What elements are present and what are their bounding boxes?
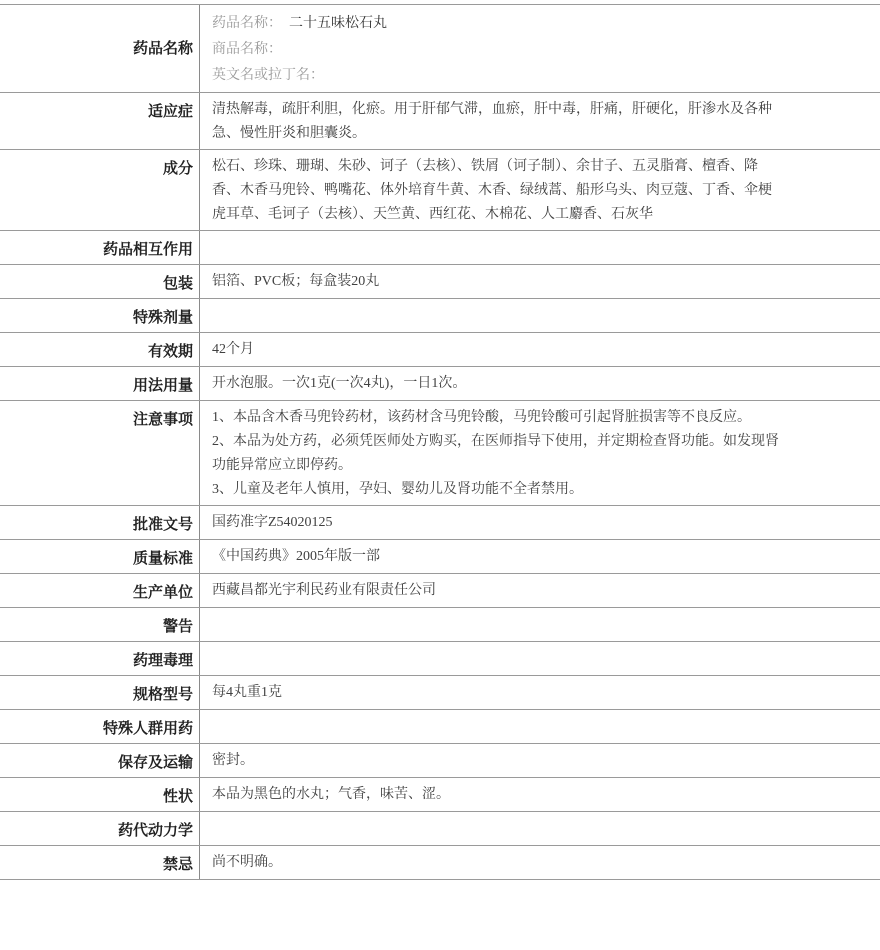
field-key: 英文名或拉丁名： [212,68,324,83]
row-content [200,608,880,641]
table-row-warning: 警告 [0,608,880,642]
field-key: 商品名称： [212,42,282,57]
row-content: 松石、珍珠、珊瑚、朱砂、诃子（去核）、铁屑（诃子制）、余甘子、五灵脂膏、檀香、降… [200,150,880,230]
row-label: 注意事项 [0,401,200,505]
table-row-indications: 适应症 清热解毒，疏肝利胆，化瘀。用于肝郁气滞，血瘀，肝中毒，肝痛，肝硬化，肝渗… [0,93,880,150]
row-label: 特殊剂量 [0,299,200,332]
row-content [200,710,880,743]
row-content: 药品名称：二十五味松石丸 商品名称： 英文名或拉丁名： [200,5,880,92]
row-content [200,231,880,264]
row-label: 保存及运输 [0,744,200,777]
field-line-latin-name: 英文名或拉丁名： [212,63,784,89]
table-row-special-populations: 特殊人群用药 [0,710,880,744]
row-content: 每4丸重1克 [200,676,880,709]
row-label: 用法用量 [0,367,200,400]
table-row-approval-number: 批准文号 国药准字Z54020125 [0,506,880,540]
table-row-contraindications: 禁忌 尚不明确。 [0,846,880,880]
table-row-description: 性状 本品为黑色的水丸；气香，味苦、涩。 [0,778,880,812]
field-line-trade-name: 商品名称： [212,37,784,63]
row-label: 药代动力学 [0,812,200,845]
table-row-ingredients: 成分 松石、珍珠、珊瑚、朱砂、诃子（去核）、铁屑（诃子制）、余甘子、五灵脂膏、檀… [0,150,880,231]
row-content: 开水泡服。一次1克(一次4丸)，一日1次。 [200,367,880,400]
row-content: 42个月 [200,333,880,366]
row-content: 《中国药典》2005年版一部 [200,540,880,573]
row-content: 清热解毒，疏肝利胆，化瘀。用于肝郁气滞，血瘀，肝中毒，肝痛，肝硬化，肝渗水及各种… [200,93,880,149]
table-row-dosage-administration: 用法用量 开水泡服。一次1克(一次4丸)，一日1次。 [0,367,880,401]
row-content [200,812,880,845]
row-content [200,299,880,332]
table-row-packaging: 包装 铝箔、PVC板；每盒装20丸 [0,265,880,299]
field-value: 二十五味松石丸 [289,16,387,31]
row-label: 质量标准 [0,540,200,573]
row-label: 批准文号 [0,506,200,539]
field-key: 药品名称： [212,16,282,31]
row-label: 药品相互作用 [0,231,200,264]
row-label: 成分 [0,150,200,230]
row-label: 禁忌 [0,846,200,879]
table-row-pharmacokinetics: 药代动力学 [0,812,880,846]
table-row-shelf-life: 有效期 42个月 [0,333,880,367]
row-content: 密封。 [200,744,880,777]
row-content: 尚不明确。 [200,846,880,879]
row-label: 药品名称 [0,5,200,92]
table-row-drug-name: 药品名称 药品名称：二十五味松石丸 商品名称： 英文名或拉丁名： [0,5,880,93]
row-label: 药理毒理 [0,642,200,675]
table-row-pharmacology-toxicology: 药理毒理 [0,642,880,676]
row-content: 铝箔、PVC板；每盒装20丸 [200,265,880,298]
row-content: 本品为黑色的水丸；气香，味苦、涩。 [200,778,880,811]
table-row-special-dosage: 特殊剂量 [0,299,880,333]
table-row-storage-transport: 保存及运输 密封。 [0,744,880,778]
field-line-drug-name: 药品名称：二十五味松石丸 [212,11,784,37]
table-row-drug-interactions: 药品相互作用 [0,231,880,265]
row-content: 1、本品含木香马兜铃药材，该药材含马兜铃酸，马兜铃酸可引起肾脏损害等不良反应。 … [200,401,880,505]
table-row-quality-standard: 质量标准 《中国药典》2005年版一部 [0,540,880,574]
row-label: 性状 [0,778,200,811]
table-row-precautions: 注意事项 1、本品含木香马兜铃药材，该药材含马兜铃酸，马兜铃酸可引起肾脏损害等不… [0,401,880,506]
row-content [200,642,880,675]
row-content: 国药准字Z54020125 [200,506,880,539]
row-label: 特殊人群用药 [0,710,200,743]
row-label: 有效期 [0,333,200,366]
row-content: 西藏昌都光宇利民药业有限责任公司 [200,574,880,607]
table-row-specification: 规格型号 每4丸重1克 [0,676,880,710]
row-label: 规格型号 [0,676,200,709]
row-label: 警告 [0,608,200,641]
drug-spec-table: 药品名称 药品名称：二十五味松石丸 商品名称： 英文名或拉丁名： 适应症 清热解… [0,4,880,880]
row-label: 包装 [0,265,200,298]
row-label: 适应症 [0,93,200,149]
row-label: 生产单位 [0,574,200,607]
table-row-manufacturer: 生产单位 西藏昌都光宇利民药业有限责任公司 [0,574,880,608]
